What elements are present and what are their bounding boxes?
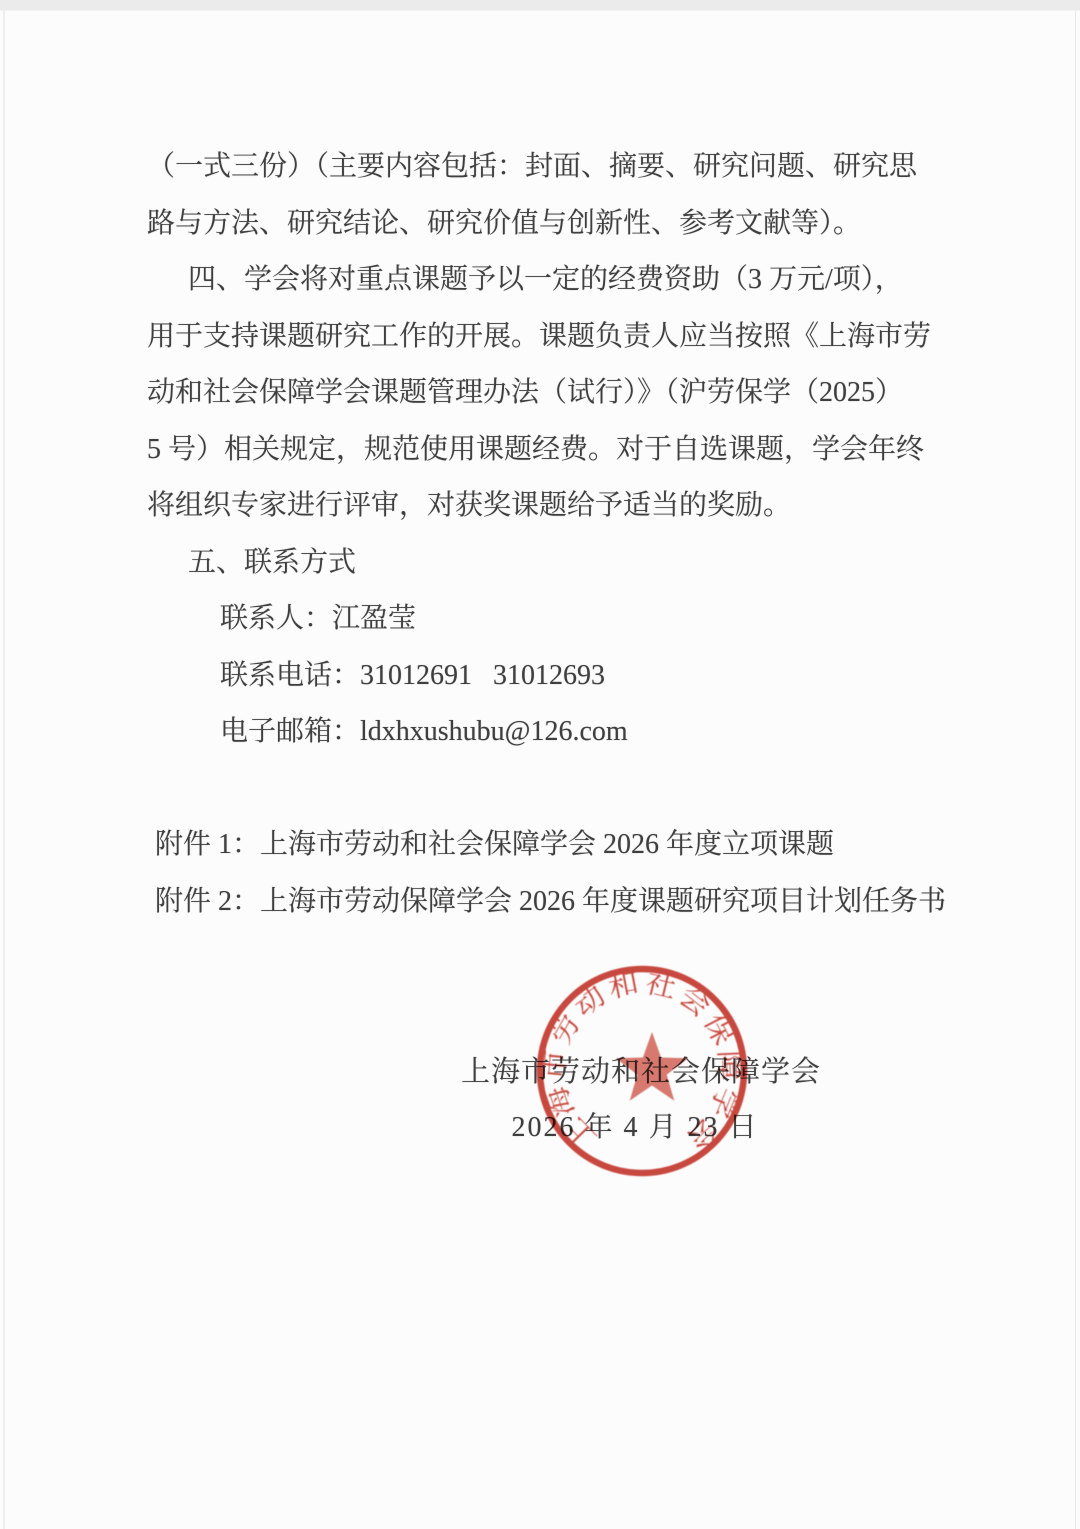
contact-phone-line: 联系电话：31012691 31012693 xyxy=(147,648,962,705)
body-line: 路与方法、研究结论、研究价值与创新性、参考文献等）。 xyxy=(147,196,962,253)
attachment-2-line: 附件 2：上海市劳动保障学会 2026 年度课题研究项目计划任务书 xyxy=(147,874,962,931)
body-line-section-4: 四、学会将对重点课题予以一定的经费资助（3 万元/项）， xyxy=(147,252,962,309)
contact-email-line: 电子邮箱：ldxhxushubu@126.com xyxy=(147,704,962,761)
contact-person-line: 联系人：江盈莹 xyxy=(147,591,962,648)
body-line: 用于支持课题研究工作的开展。课题负责人应当按照《上海市劳 xyxy=(147,309,962,366)
scan-right-edge xyxy=(1075,11,1076,1529)
body-line-section-5: 五、联系方式 xyxy=(147,535,962,592)
blank-line xyxy=(147,761,962,818)
official-seal-stamp: 上海市劳动和社会保障学会 xyxy=(533,962,751,1180)
scanned-document-page: （一式三份）（主要内容包括：封面、摘要、研究问题、研究思 路与方法、研究结论、研… xyxy=(0,0,1080,1529)
attachment-1-line: 附件 1：上海市劳动和社会保障学会 2026 年度立项课题 xyxy=(147,817,962,874)
body-line: 将组织专家进行评审，对获奖课题给予适当的奖励。 xyxy=(147,478,962,535)
body-line: （一式三份）（主要内容包括：封面、摘要、研究问题、研究思 xyxy=(147,139,962,196)
document-text-block: （一式三份）（主要内容包括：封面、摘要、研究问题、研究思 路与方法、研究结论、研… xyxy=(147,139,962,930)
scan-left-edge xyxy=(3,11,5,1529)
star-icon xyxy=(616,1032,688,1101)
body-line: 5 号）相关规定，规范使用课题经费。对于自选课题，学会年终 xyxy=(147,422,962,479)
body-line: 动和社会保障学会课题管理办法（试行）》（沪劳保学（2025） xyxy=(147,365,962,422)
scan-top-strip xyxy=(0,0,1080,11)
